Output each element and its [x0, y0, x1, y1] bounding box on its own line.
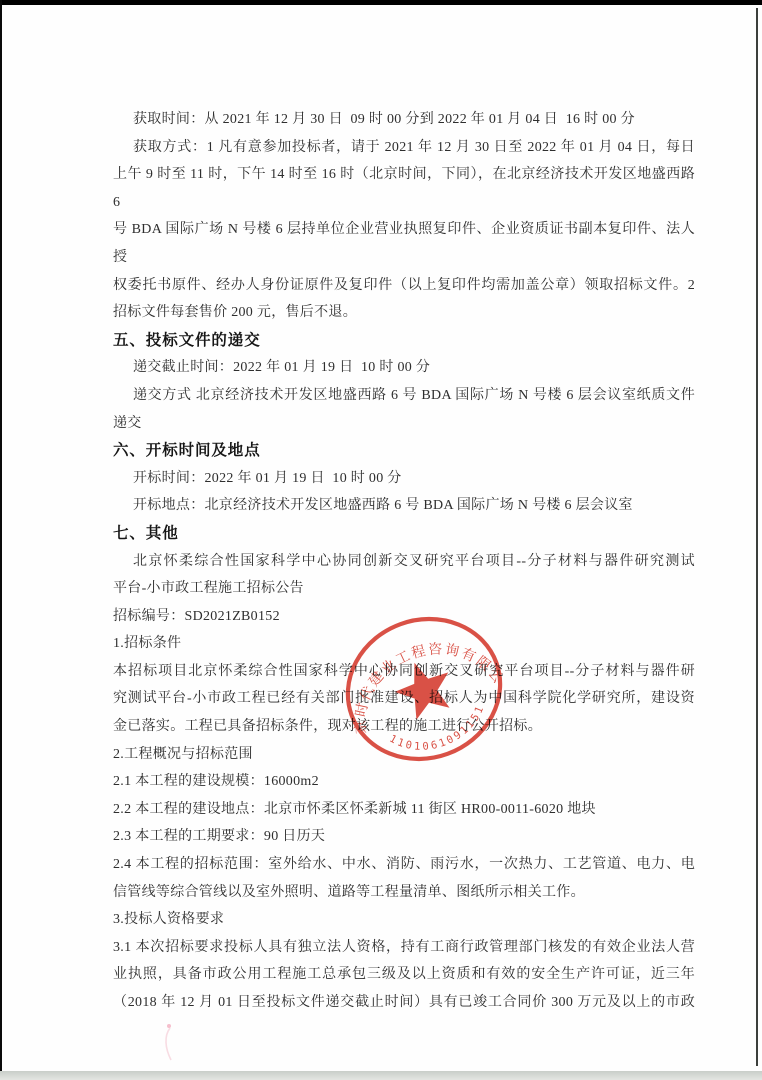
text-line: 2.3 本工程的工期要求：90 日历天	[113, 823, 695, 851]
text-line: 信管线等综合管线以及室外照明、道路等工程量清单、图纸所示相关工作。	[113, 879, 695, 907]
text-line: 招标文件每套售价 200 元，售后不退。	[113, 299, 695, 327]
scan-edge-right	[756, 8, 758, 1066]
text-line: 递交方式 北京经济技术开发区地盛西路 6 号 BDA 国际广场 N 号楼 6 层…	[113, 382, 695, 410]
text-line: 3.投标人资格要求	[113, 906, 695, 934]
text-line: 北京怀柔综合性国家科学中心协同创新交叉研究平台项目--分子材料与器件研究测试	[113, 548, 695, 576]
text-line: （2018 年 12 月 01 日至投标文件递交截止时间）具有已竣工合同价 30…	[113, 989, 695, 1017]
text-line: 业执照，具备市政公用工程施工总承包三级及以上资质和有效的安全生产许可证，近三年	[113, 961, 695, 989]
text-line: 获取方式：1 凡有意参加投标者，请于 2021 年 12 月 30 日至 202…	[113, 134, 695, 162]
scan-edge-bottom	[0, 1071, 762, 1080]
company-seal: 北京时代建业工程咨询有限公司 1101061091151	[324, 594, 524, 784]
text-line: 3.1 本次招标要求投标人具有独立法人资格，持有工商行政管理部门核发的有效企业法…	[113, 934, 695, 962]
text-line: 2.2 本工程的建设地点：北京市怀柔区怀柔新城 11 街区 HR00-0011-…	[113, 796, 695, 824]
section-heading: 五、投标文件的递交	[113, 327, 695, 355]
scan-edge-left	[0, 0, 2, 1080]
scan-edge-top	[0, 0, 762, 5]
section-heading: 六、开标时间及地点	[113, 437, 695, 465]
stray-ink-mark	[152, 1020, 186, 1064]
section-heading: 七、其他	[113, 520, 695, 548]
text-line: 开标地点：北京经济技术开发区地盛西路 6 号 BDA 国际广场 N 号楼 6 层…	[113, 492, 695, 520]
text-line: 获取时间：从 2021 年 12 月 30 日 09 时 00 分到 2022 …	[113, 106, 695, 134]
document-body: 获取时间：从 2021 年 12 月 30 日 09 时 00 分到 2022 …	[113, 106, 695, 1017]
text-line: 递交	[113, 410, 695, 438]
text-line: 开标时间：2022 年 01 月 19 日 10 时 00 分	[113, 465, 695, 493]
text-line: 2.4 本工程的招标范围：室外给水、中水、消防、雨污水，一次热力、工艺管道、电力…	[113, 851, 695, 879]
text-line: 上午 9 时至 11 时，下午 14 时至 16 时（北京时间，下同），在北京经…	[113, 161, 695, 216]
text-line: 号 BDA 国际广场 N 号楼 6 层持单位企业营业执照复印件、企业资质证书副本…	[113, 216, 695, 271]
text-line: 递交截止时间：2022 年 01 月 19 日 10 时 00 分	[113, 354, 695, 382]
text-line: 权委托书原件、经办人身份证原件及复印件（以上复印件均需加盖公章）领取招标文件。2	[113, 272, 695, 300]
